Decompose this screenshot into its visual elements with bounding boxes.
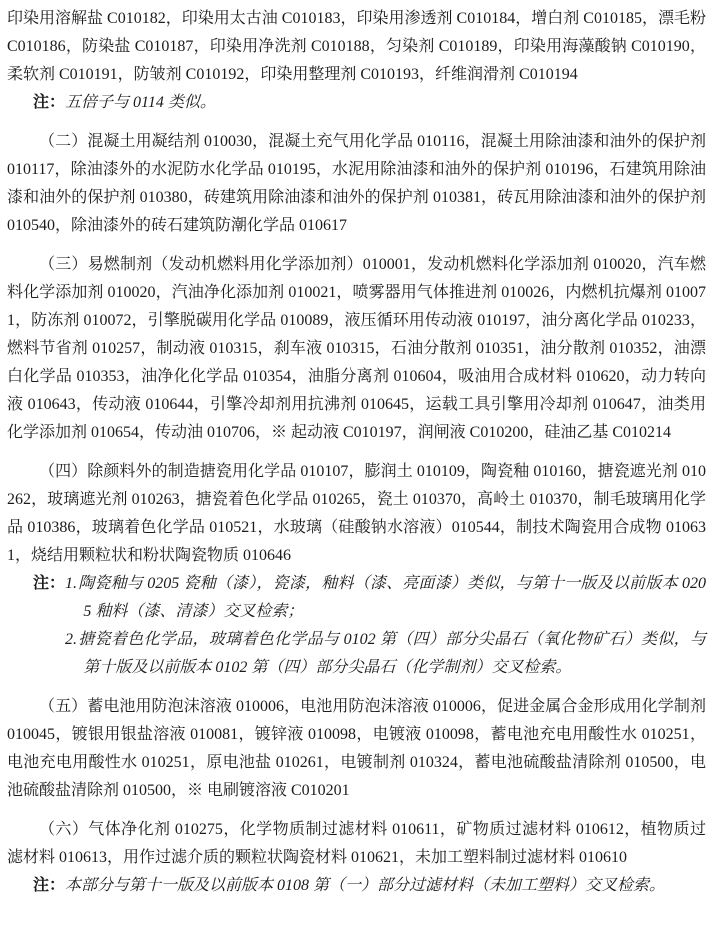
note-label: 注： <box>7 872 65 900</box>
note-item-number: 1. <box>65 575 78 592</box>
note-body: 本部分与第十一版及以前版本 0108 第（一）部分过滤材料（未加工塑料）交叉检索… <box>65 872 706 900</box>
note-filtering-cross-reference: 注： 本部分与第十一版及以前版本 0108 第（一）部分过滤材料（未加工塑料）交… <box>7 872 706 900</box>
note-item-text: 搪瓷着色化学品，玻璃着色化学品与 0102 第（四）部分尖晶石（氧化物矿石）类似… <box>78 631 706 676</box>
note-body: 五倍子与 0114 类似。 <box>65 89 706 117</box>
paragraph-dyeing-chemicals: 印染用溶解盐 C010182，印染用太古油 C010183，印染用渗透剂 C01… <box>7 5 706 89</box>
note-wubeizi: 注： 五倍子与 0114 类似。 <box>7 89 706 117</box>
note-item-number: 2. <box>65 631 78 648</box>
section-6-filtering-materials: （六）气体净化剂 010275，化学物质制过滤材料 010611，矿物质过滤材料… <box>7 816 706 872</box>
note-body: 1.陶瓷釉与 0205 瓷釉（漆），瓷漆，釉料（漆、亮面漆）类似，与第十一版及以… <box>65 570 706 682</box>
note-item: 本部分与第十一版及以前版本 0108 第（一）部分过滤材料（未加工塑料）交叉检索… <box>65 872 706 900</box>
note-ceramic-glaze: 注： 1.陶瓷釉与 0205 瓷釉（漆），瓷漆，釉料（漆、亮面漆）类似，与第十一… <box>7 570 706 682</box>
note-item: 五倍子与 0114 类似。 <box>65 89 706 117</box>
note-item-1: 1.陶瓷釉与 0205 瓷釉（漆），瓷漆，釉料（漆、亮面漆）类似，与第十一版及以… <box>65 570 706 626</box>
section-3-fuel-additives: （三）易燃制剂（发动机燃料用化学添加剂）010001，发动机燃料化学添加剂 01… <box>7 251 706 447</box>
document-page: 印染用溶解盐 C010182，印染用太古油 C010183，印染用渗透剂 C01… <box>0 0 712 930</box>
note-item-text: 陶瓷釉与 0205 瓷釉（漆），瓷漆，釉料（漆、亮面漆）类似，与第十一版及以前版… <box>78 575 706 620</box>
section-4-enamel-glass-chemicals: （四）除颜料外的制造搪瓷用化学品 010107，膨润土 010109，陶瓷釉 0… <box>7 458 706 570</box>
section-5-battery-plating-chemicals: （五）蓄电池用防泡沫溶液 010006，电池用防泡沫溶液 010006，促进金属… <box>7 693 706 805</box>
note-label: 注： <box>7 89 65 117</box>
section-2-concrete-chemicals: （二）混凝土用凝结剂 010030，混凝土充气用化学品 010116，混凝土用除… <box>7 128 706 240</box>
note-label: 注： <box>7 570 65 598</box>
note-item-2: 2.搪瓷着色化学品，玻璃着色化学品与 0102 第（四）部分尖晶石（氧化物矿石）… <box>65 626 706 682</box>
